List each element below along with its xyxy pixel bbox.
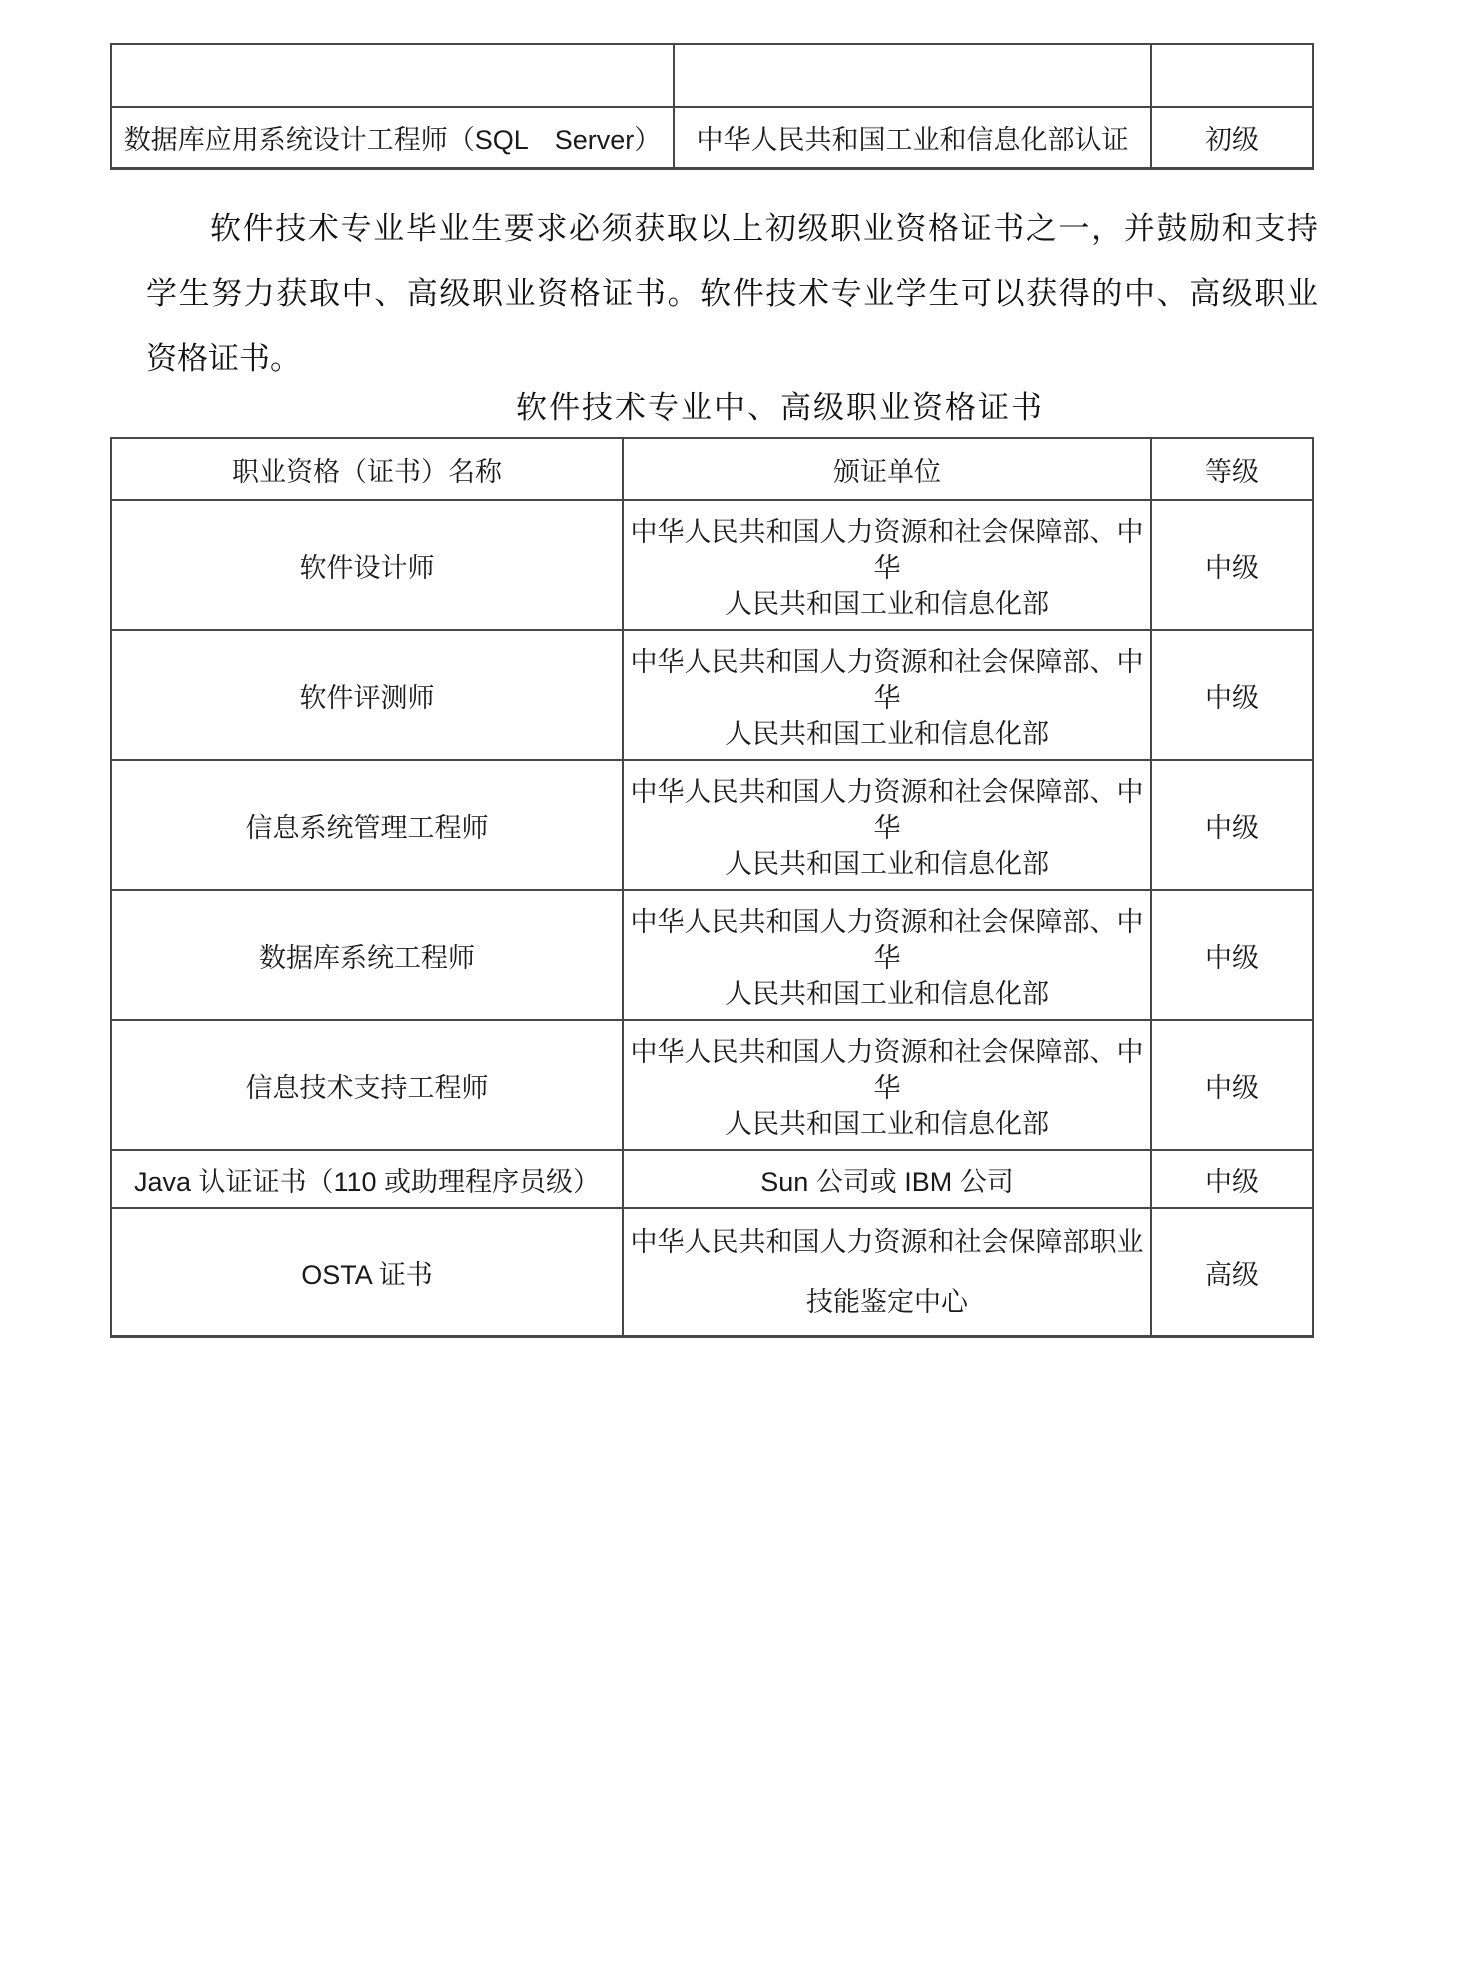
body-paragraph: 软件技术专业毕业生要求必须获取以上初级职业资格证书之一，并鼓励和支持 学生努力获… [146,196,1318,391]
table-row: 数据库系统工程师 中华人民共和国人力资源和社会保障部、中华 人民共和国工业和信息… [111,890,1313,1020]
col-header-issuer: 颁证单位 [623,438,1151,500]
cert-name-cell: Java 认证证书（110 或助理程序员级） [111,1150,623,1208]
col-header-name: 职业资格（证书）名称 [111,438,623,500]
main-table: 职业资格（证书）名称 颁证单位 等级 软件设计师 中华人民共和国人力资源和社会保… [110,437,1314,1338]
paragraph-line: 学生努力获取中、高级职业资格证书。软件技术专业学生可以获得的中、高级职业 [146,261,1318,326]
issuer-line: 人民共和国工业和信息化部 [624,716,1150,752]
issuer-line: 中华人民共和国人力资源和社会保障部、中华 [624,1034,1150,1106]
issuer-cell: 中华人民共和国人力资源和社会保障部、中华 人民共和国工业和信息化部 [623,890,1151,1020]
issuer-line: 技能鉴定中心 [624,1284,1150,1320]
grade-cell: 高级 [1151,1208,1313,1337]
col-header-grade: 等级 [1151,438,1313,500]
issuer-line: 人民共和国工业和信息化部 [624,846,1150,882]
grade-cell: 初级 [1151,107,1313,168]
issuer-line: 人民共和国工业和信息化部 [624,976,1150,1012]
top-table-empty-row [111,44,1313,107]
top-table: 数据库应用系统设计工程师（SQL Server） 中华人民共和国工业和信息化部认… [110,43,1314,170]
cert-name-cell: 数据库系统工程师 [111,890,623,1020]
top-table-sql-row: 数据库应用系统设计工程师（SQL Server） 中华人民共和国工业和信息化部认… [111,107,1313,168]
issuer-cell: 中华人民共和国人力资源和社会保障部、中华 人民共和国工业和信息化部 [623,500,1151,630]
grade-cell: 中级 [1151,1020,1313,1150]
grade-cell: 中级 [1151,1150,1313,1208]
issuer-line: 人民共和国工业和信息化部 [624,586,1150,622]
issuer-line: 中华人民共和国人力资源和社会保障部职业 [624,1224,1150,1260]
document-page: 数据库应用系统设计工程师（SQL Server） 中华人民共和国工业和信息化部认… [0,0,1464,1976]
main-table-header-row: 职业资格（证书）名称 颁证单位 等级 [111,438,1313,500]
section-title: 软件技术专业中、高级职业资格证书 [0,388,1464,428]
cert-name-cell: 信息技术支持工程师 [111,1020,623,1150]
paragraph-line: 软件技术专业毕业生要求必须获取以上初级职业资格证书之一，并鼓励和支持 [146,196,1318,261]
issuer-cell [674,44,1151,107]
grade-cell: 中级 [1151,500,1313,630]
issuer-cell: 中华人民共和国工业和信息化部认证 [674,107,1151,168]
grade-cell: 中级 [1151,760,1313,890]
issuer-line: 中华人民共和国人力资源和社会保障部、中华 [624,514,1150,586]
issuer-line: 中华人民共和国人力资源和社会保障部、中华 [624,904,1150,976]
issuer-cell: 中华人民共和国人力资源和社会保障部、中华 人民共和国工业和信息化部 [623,1020,1151,1150]
cert-name-cell: 数据库应用系统设计工程师（SQL Server） [111,107,674,168]
issuer-cell: 中华人民共和国人力资源和社会保障部、中华 人民共和国工业和信息化部 [623,630,1151,760]
grade-cell: 中级 [1151,630,1313,760]
table-row: OSTA 证书 中华人民共和国人力资源和社会保障部职业 技能鉴定中心 高级 [111,1208,1313,1337]
table-row: 软件设计师 中华人民共和国人力资源和社会保障部、中华 人民共和国工业和信息化部 … [111,500,1313,630]
table-row: 信息技术支持工程师 中华人民共和国人力资源和社会保障部、中华 人民共和国工业和信… [111,1020,1313,1150]
issuer-line: 中华人民共和国人力资源和社会保障部、中华 [624,644,1150,716]
issuer-line: 人民共和国工业和信息化部 [624,1106,1150,1142]
cert-name-cell [111,44,674,107]
cert-name-cell: 信息系统管理工程师 [111,760,623,890]
cert-name-cell: 软件评测师 [111,630,623,760]
issuer-line: 中华人民共和国人力资源和社会保障部、中华 [624,774,1150,846]
issuer-cell: Sun 公司或 IBM 公司 [623,1150,1151,1208]
paragraph-line: 资格证书。 [146,326,1318,391]
issuer-cell: 中华人民共和国人力资源和社会保障部职业 技能鉴定中心 [623,1208,1151,1337]
cert-name-cell: OSTA 证书 [111,1208,623,1337]
issuer-cell: 中华人民共和国人力资源和社会保障部、中华 人民共和国工业和信息化部 [623,760,1151,890]
grade-cell [1151,44,1313,107]
table-row: 信息系统管理工程师 中华人民共和国人力资源和社会保障部、中华 人民共和国工业和信… [111,760,1313,890]
cert-name-cell: 软件设计师 [111,500,623,630]
table-row: 软件评测师 中华人民共和国人力资源和社会保障部、中华 人民共和国工业和信息化部 … [111,630,1313,760]
grade-cell: 中级 [1151,890,1313,1020]
table-row: Java 认证证书（110 或助理程序员级） Sun 公司或 IBM 公司 中级 [111,1150,1313,1208]
